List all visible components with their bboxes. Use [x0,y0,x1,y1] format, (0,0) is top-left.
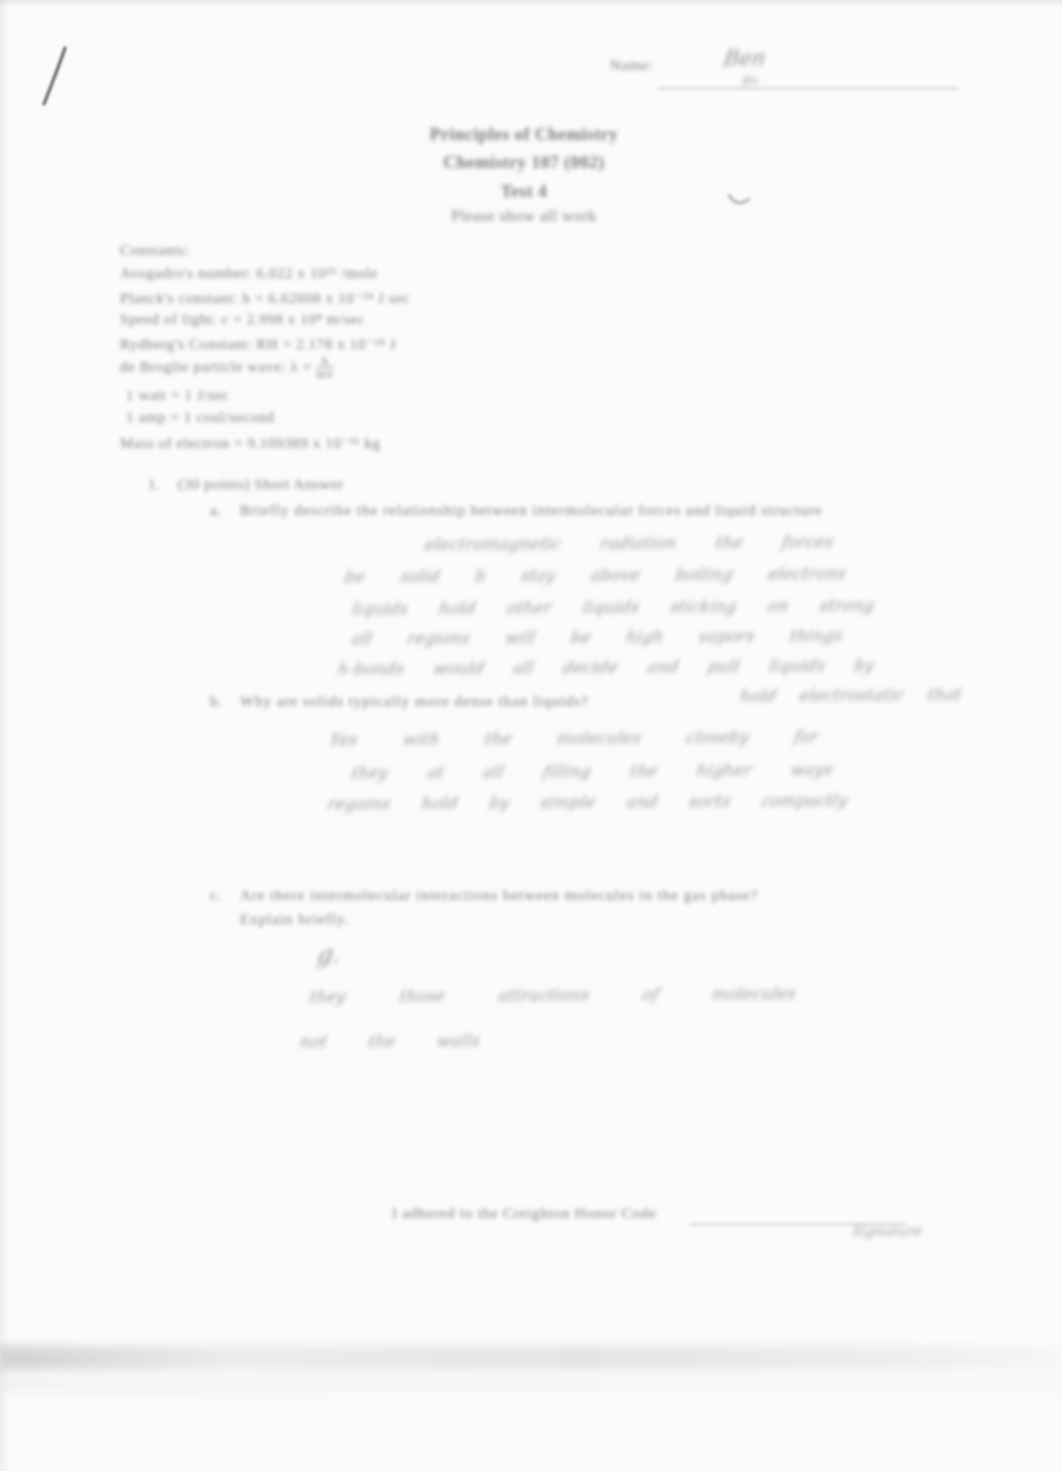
handwritten-answer-b-line: they at all filling the higher ways [350,760,834,782]
pen-slash-mark [38,44,74,108]
handwritten-answer-b-line: regains hold by simple and sorts compact… [326,791,849,814]
name-underline [658,60,958,89]
scan-edge-top [0,0,1062,8]
constant-rydberg: Rydberg's Constant: RH = 2.178 x 10⁻¹⁸ J [120,335,396,354]
question1b-label: b. [210,694,222,711]
constant-speed-of-light: Speed of light: c = 2.998 x 10⁸ m/sec [120,312,365,329]
handwritten-answer-c-mark: g. [316,940,344,968]
honor-code-statement: I adhered to the Creighton Honor Code [392,1206,657,1223]
question1c-label: c. [210,888,222,905]
handwritten-answer-b-line: Yes with the molecules closeby far [328,727,820,749]
constant-planck: Planck's constant: h = 6.62608 x 10⁻³⁴ J… [120,289,410,308]
question1-heading: (30 points) Short Answer [178,477,344,494]
constants-heading: Constants: [120,243,189,260]
constant-debroglie: de Broglie particle wave: λ = h mv [120,355,334,381]
constant-watt: 1 watt = 1 J/sec [126,388,229,405]
question1b-text: Why are solids typically more dense than… [240,694,589,711]
handwritten-answer-a-line: h-bonds would all decide and pull liquid… [336,656,876,679]
scanned-test-page: Name: Ben Bn Principles of Chemistry Che… [0,0,1062,1471]
debroglie-fraction: h mv [316,355,334,381]
scan-shadow-band [0,1346,1062,1370]
handwritten-name-initials: Bn [741,74,760,88]
constant-avogadro: Avogadro's number: 6.022 x 10²³ /mole [120,266,378,283]
constant-electron-mass: Mass of electron = 9.109389 x 10⁻³¹ kg [120,434,381,453]
title-instructions: Please show all work [451,208,597,226]
constant-amp: 1 amp = 1 coul/second [126,410,275,427]
scan-shadow-band-faint [0,1380,1062,1390]
handwritten-signature: Signature [851,1224,924,1240]
handwritten-answer-a-line: liquids hold other liquids sticking on s… [350,596,875,619]
name-label: Name: [610,58,653,75]
handwritten-answer-a-line: be solid b stay above boiling electrons [343,564,847,586]
stray-pen-mark [726,190,752,210]
handwritten-answer-a-line: all regions will be high vapors things [350,626,844,648]
constant-debroglie-prefix: de Broglie particle wave: λ = [120,359,312,375]
handwritten-answer-a-extra: hold electrostatic that [738,685,963,706]
question1a-text: Briefly describe the relationship betwee… [240,503,823,520]
question1a-label: a. [210,503,222,520]
handwritten-answer-c-line: not the walls [298,1031,481,1051]
question1c-text2: Explain briefly. [240,912,349,929]
handwritten-name: Ben [722,46,768,70]
question1c-text: Are there intermolecular interactions be… [240,888,758,905]
scan-edge-left [0,0,10,1471]
title-course-number: Chemistry 107 (002) [443,152,604,173]
handwritten-answer-a-line: electromagnetic radiation the forces [423,533,835,555]
debroglie-denominator: mv [316,368,334,380]
handwritten-answer-c-line: they those attractions of molecules [308,984,798,1006]
honor-code-signature-line [690,1206,906,1225]
title-test-number: Test 4 [501,181,548,202]
title-course: Principles of Chemistry [430,124,618,145]
question1-number: 1. [148,477,160,494]
